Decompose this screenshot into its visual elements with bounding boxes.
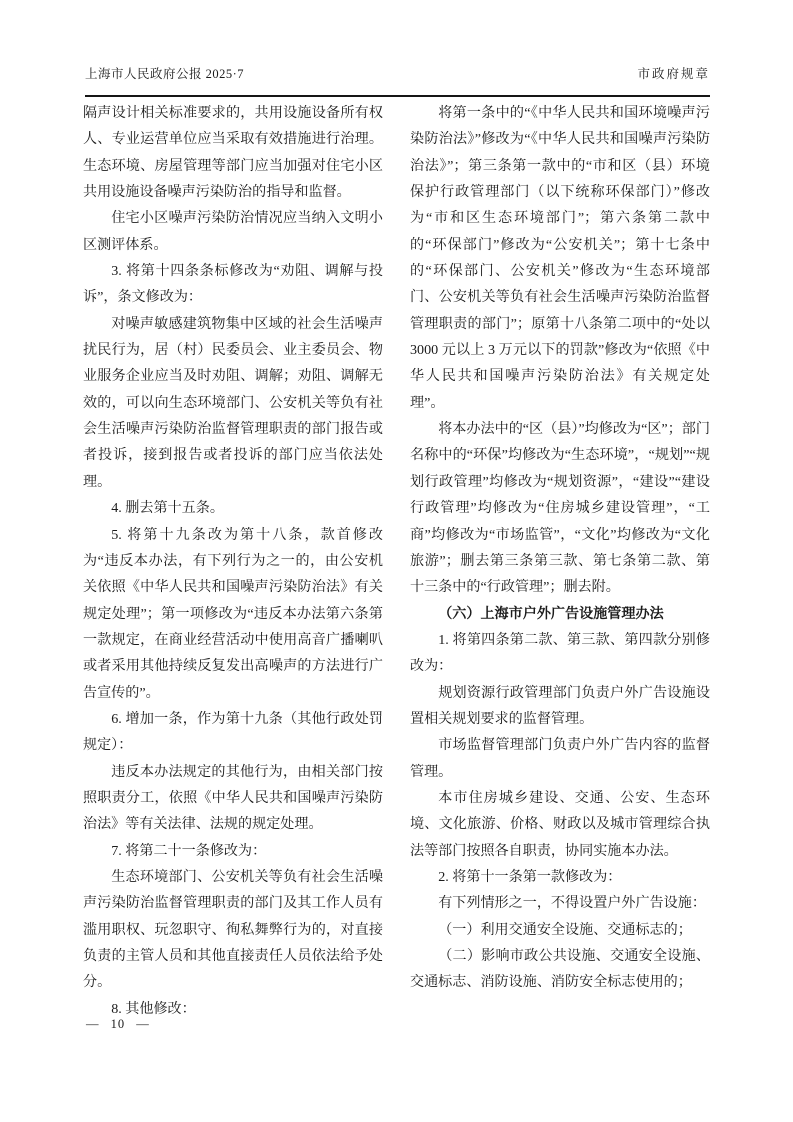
gazette-title: 上海市人民政府公报 2025·7 bbox=[85, 64, 244, 82]
paragraph: 有下列情形之一，不得设置户外广告设施： bbox=[410, 890, 710, 916]
left-column: 隔声设计相关标准要求的，共用设施设备所有权人、专业运营单位应当采取有效措施进行治… bbox=[83, 100, 383, 1030]
paragraph: 4. 删去第十五条。 bbox=[83, 495, 383, 521]
paragraph: 规划资源行政管理部门负责户外广告设施设置相关规划要求的监督管理。 bbox=[410, 680, 710, 733]
gazette-page: 上海市人民政府公报 2025·7 市政府规章 隔声设计相关标准要求的，共用设施设… bbox=[0, 0, 793, 1122]
paragraph: 1. 将第四条第二款、第三款、第四款分别修改为： bbox=[410, 627, 710, 680]
paragraph: 6. 增加一条，作为第十九条（其他行政处罚规定）： bbox=[83, 706, 383, 759]
section-label: 市政府规章 bbox=[637, 64, 710, 82]
paragraph: 对噪声敏感建筑物集中区域的社会生活噪声扰民行为，居（村）民委员会、业主委员会、物… bbox=[83, 311, 383, 495]
paragraph: （二）影响市政公共设施、交通安全设施、交通标志、消防设施、消防安全标志使用的； bbox=[410, 943, 710, 996]
paragraph: 将本办法中的“区（县）”均修改为“区”；部门名称中的“环保”均修改为“生态环境”… bbox=[410, 416, 710, 600]
paragraph: 市场监督管理部门负责户外广告内容的监督管理。 bbox=[410, 732, 710, 785]
paragraph: 隔声设计相关标准要求的，共用设施设备所有权人、专业运营单位应当采取有效措施进行治… bbox=[83, 100, 383, 205]
paragraph: 住宅小区噪声污染防治情况应当纳入文明小区测评体系。 bbox=[83, 205, 383, 258]
paragraph: 违反本办法规定的其他行为，由相关部门按照职责分工，依照《中华人民共和国噪声污染防… bbox=[83, 759, 383, 838]
paragraph: 将第一条中的“《中华人民共和国环境噪声污染防治法》”修改为“《中华人民共和国噪声… bbox=[410, 100, 710, 416]
header-divider bbox=[85, 95, 710, 97]
paragraph: 本市住房城乡建设、交通、公安、生态环境、文化旅游、价格、财政以及城市管理综合执法… bbox=[410, 785, 710, 864]
paragraph: 5. 将第十九条改为第十八条，款首修改为“违反本办法，有下列行为之一的，由公安机… bbox=[83, 522, 383, 706]
paragraph: 3. 将第十四条条标修改为“劝阻、调解与投诉”，条文修改为： bbox=[83, 258, 383, 311]
paragraph: （一）利用交通安全设施、交通标志的； bbox=[410, 917, 710, 943]
paragraph: 生态环境部门、公安机关等负有社会生活噪声污染防治监督管理职责的部门及其工作人员有… bbox=[83, 864, 383, 996]
paragraph: 7. 将第二十一条修改为： bbox=[83, 838, 383, 864]
page-number: — 10 — bbox=[86, 1017, 150, 1032]
section-heading: （六）上海市户外广告设施管理办法 bbox=[410, 601, 710, 627]
right-column: 将第一条中的“《中华人民共和国环境噪声污染防治法》”修改为“《中华人民共和国噪声… bbox=[410, 100, 710, 1030]
paragraph: 2. 将第十一条第一款修改为： bbox=[410, 864, 710, 890]
